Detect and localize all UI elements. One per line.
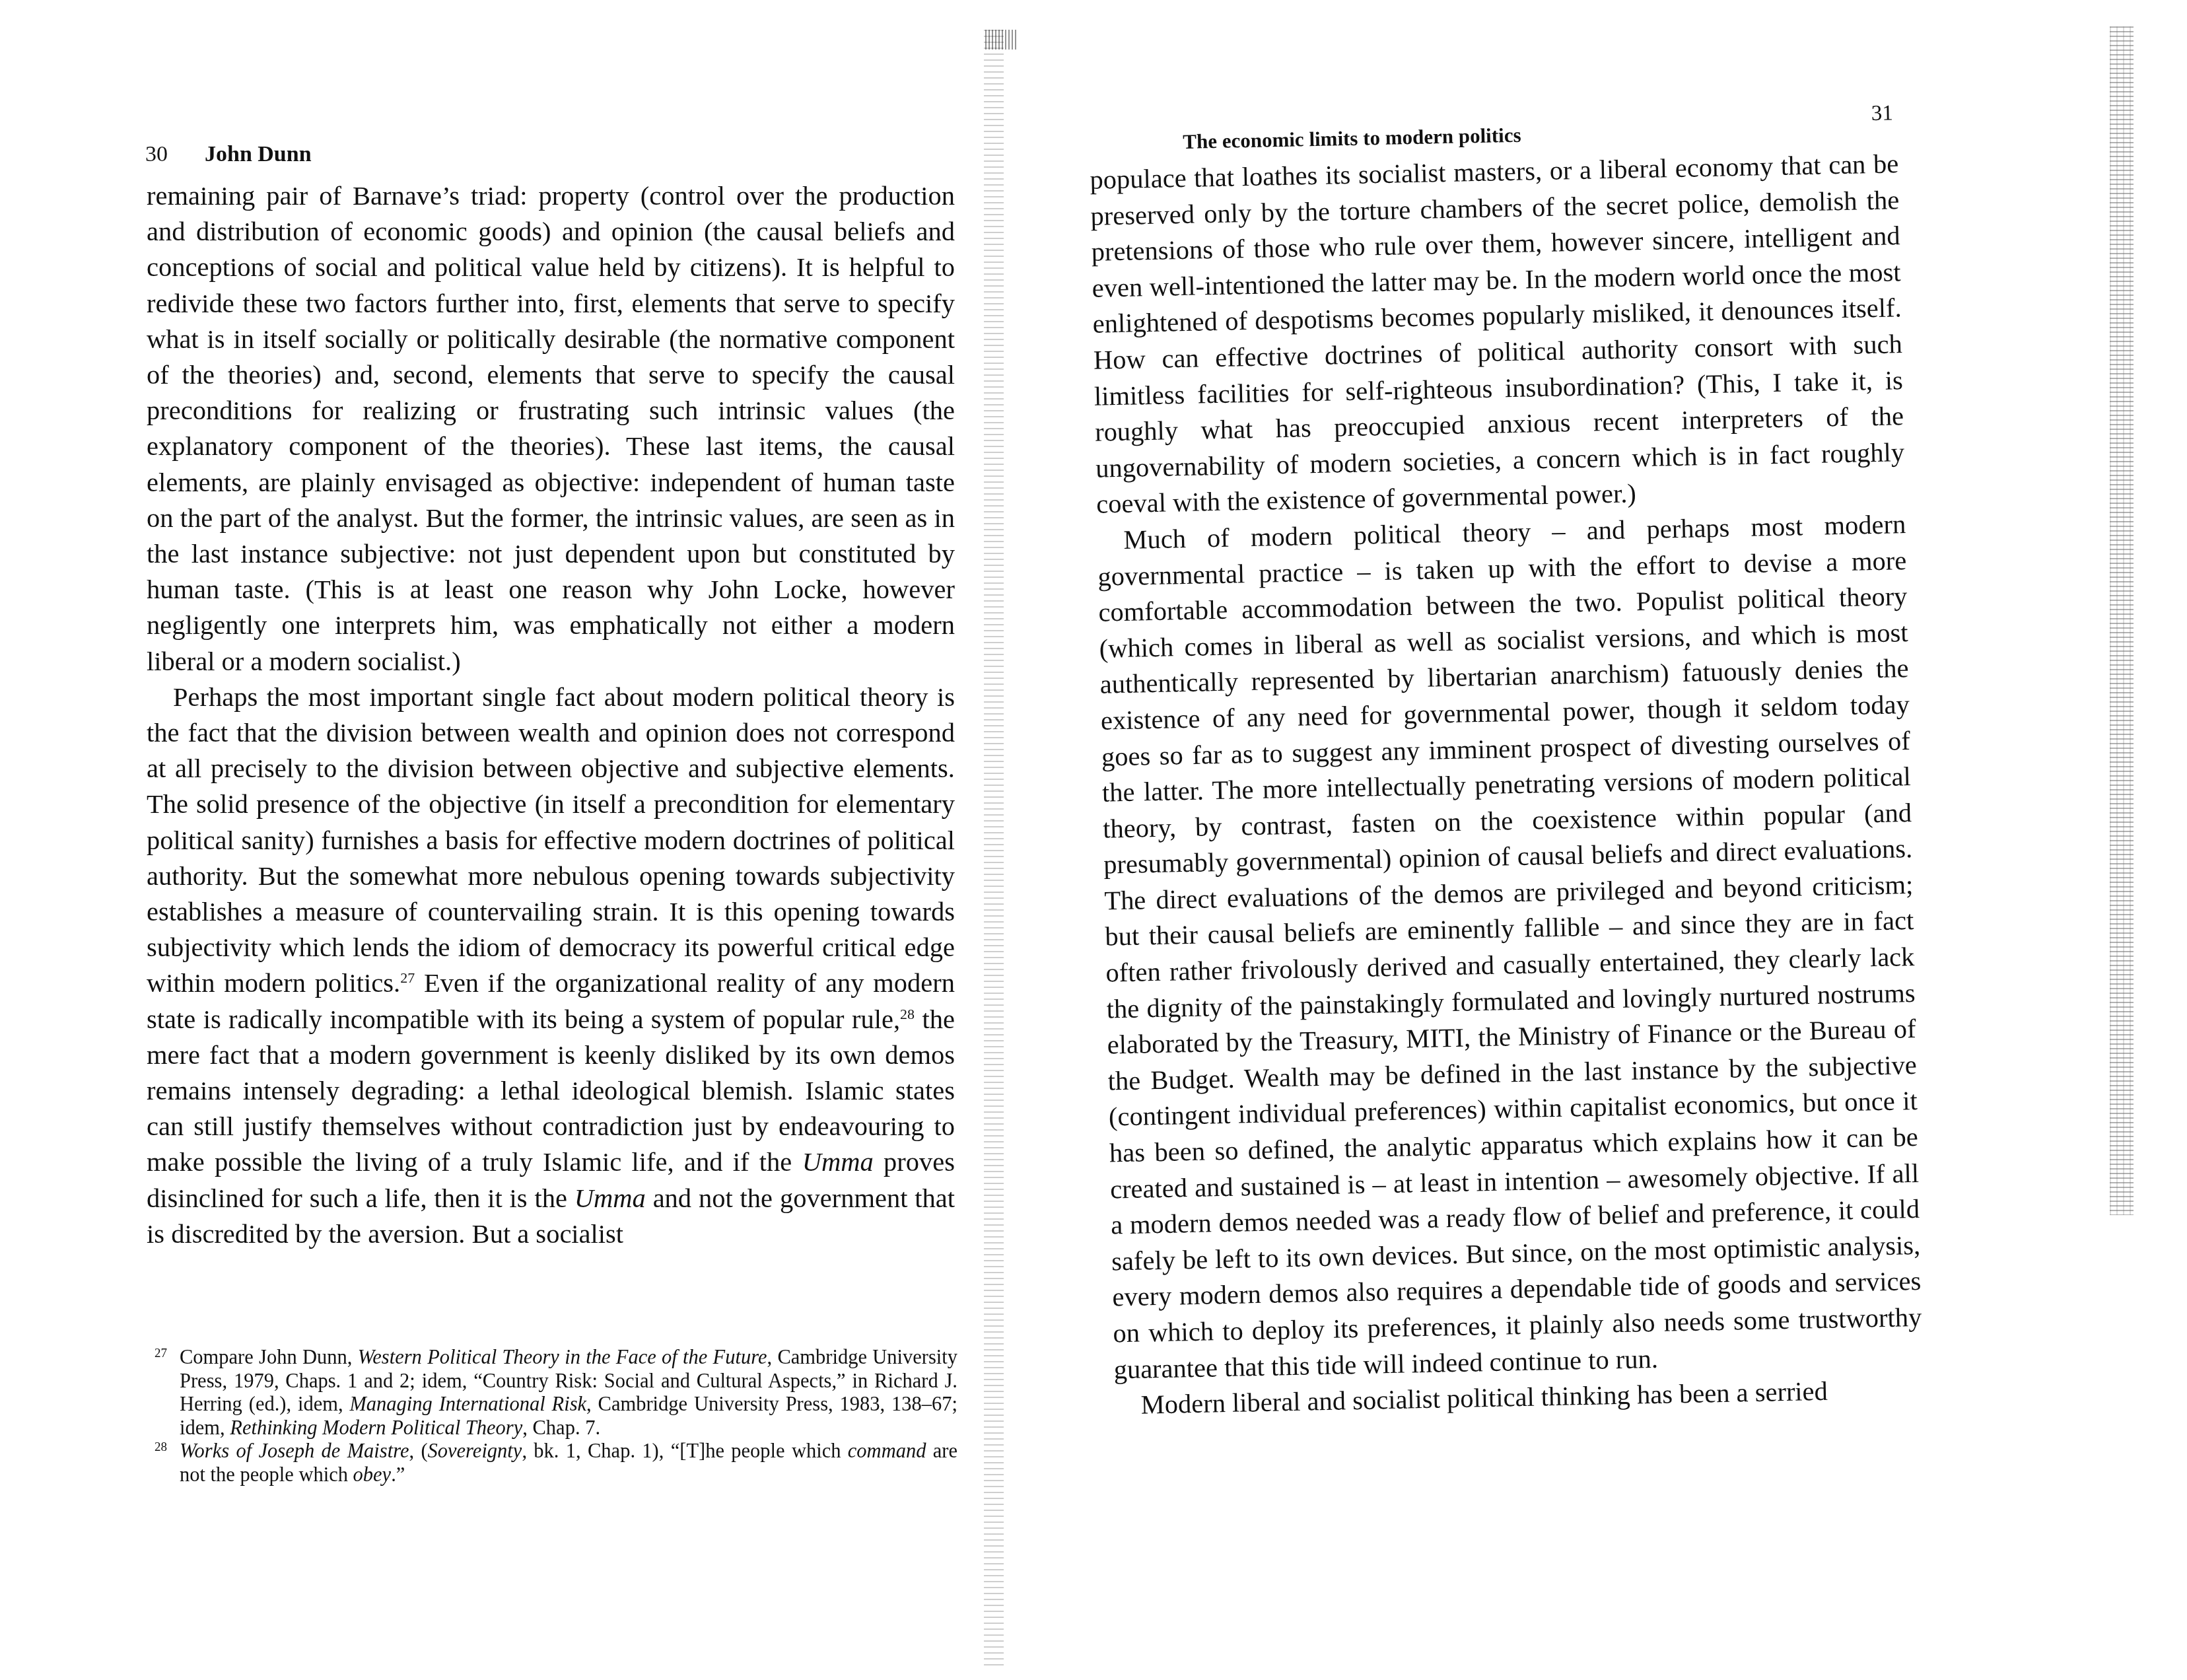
left-page: 30John Dunn remaining pair of Barnave’s …	[0, 0, 1030, 1680]
italic-text: Umma	[802, 1147, 874, 1177]
italic-text: Umma	[574, 1183, 646, 1213]
italic-text: obey	[353, 1463, 392, 1486]
footnote: 27Compare John Dunn, Western Political T…	[152, 1346, 957, 1440]
footnote-reference[interactable]: 28	[900, 1005, 915, 1022]
footnote-number: 27	[155, 1342, 167, 1366]
page-number-right: 31	[1871, 101, 1893, 126]
footnote: 28Works of Joseph de Maistre, (Sovereign…	[152, 1440, 957, 1487]
italic-text: Western Political Theory in the Face of …	[358, 1346, 767, 1368]
footnote-number: 28	[155, 1436, 167, 1459]
gutter-scan-artifact	[985, 30, 1018, 50]
running-head-author: John Dunn	[205, 142, 312, 166]
italic-text: Rethinking Modern Political Theory	[230, 1417, 522, 1439]
italic-text: command	[848, 1440, 926, 1462]
running-head-left: 30John Dunn	[145, 142, 312, 167]
page-edge-scan-artifact	[2110, 26, 2134, 1215]
left-page-footnotes: 27Compare John Dunn, Western Political T…	[152, 1346, 957, 1487]
right-page-content: The economic limits to modern politics 3…	[1083, 81, 2003, 1552]
italic-text: Works of Joseph de Maistre	[180, 1440, 409, 1462]
italic-text: Sovereignty	[428, 1440, 522, 1462]
running-head-title: The economic limits to modern politics	[1183, 123, 1521, 154]
right-page-body: populace that loathes its socialist mast…	[1090, 146, 1924, 1424]
book-gutter-shadow	[984, 30, 1004, 1667]
footnote-reference[interactable]: 27	[400, 969, 415, 986]
body-paragraph: populace that loathes its socialist mast…	[1090, 146, 1906, 522]
page-number-left: 30	[145, 142, 205, 167]
body-paragraph: Perhaps the most important single fact a…	[147, 680, 955, 1252]
body-paragraph: Much of modern political theory – and pe…	[1097, 507, 1923, 1388]
body-paragraph: remaining pair of Barnave’s triad: prope…	[147, 178, 955, 680]
italic-text: Managing International Risk	[349, 1393, 586, 1415]
left-page-body: remaining pair of Barnave’s triad: prope…	[147, 178, 955, 1252]
